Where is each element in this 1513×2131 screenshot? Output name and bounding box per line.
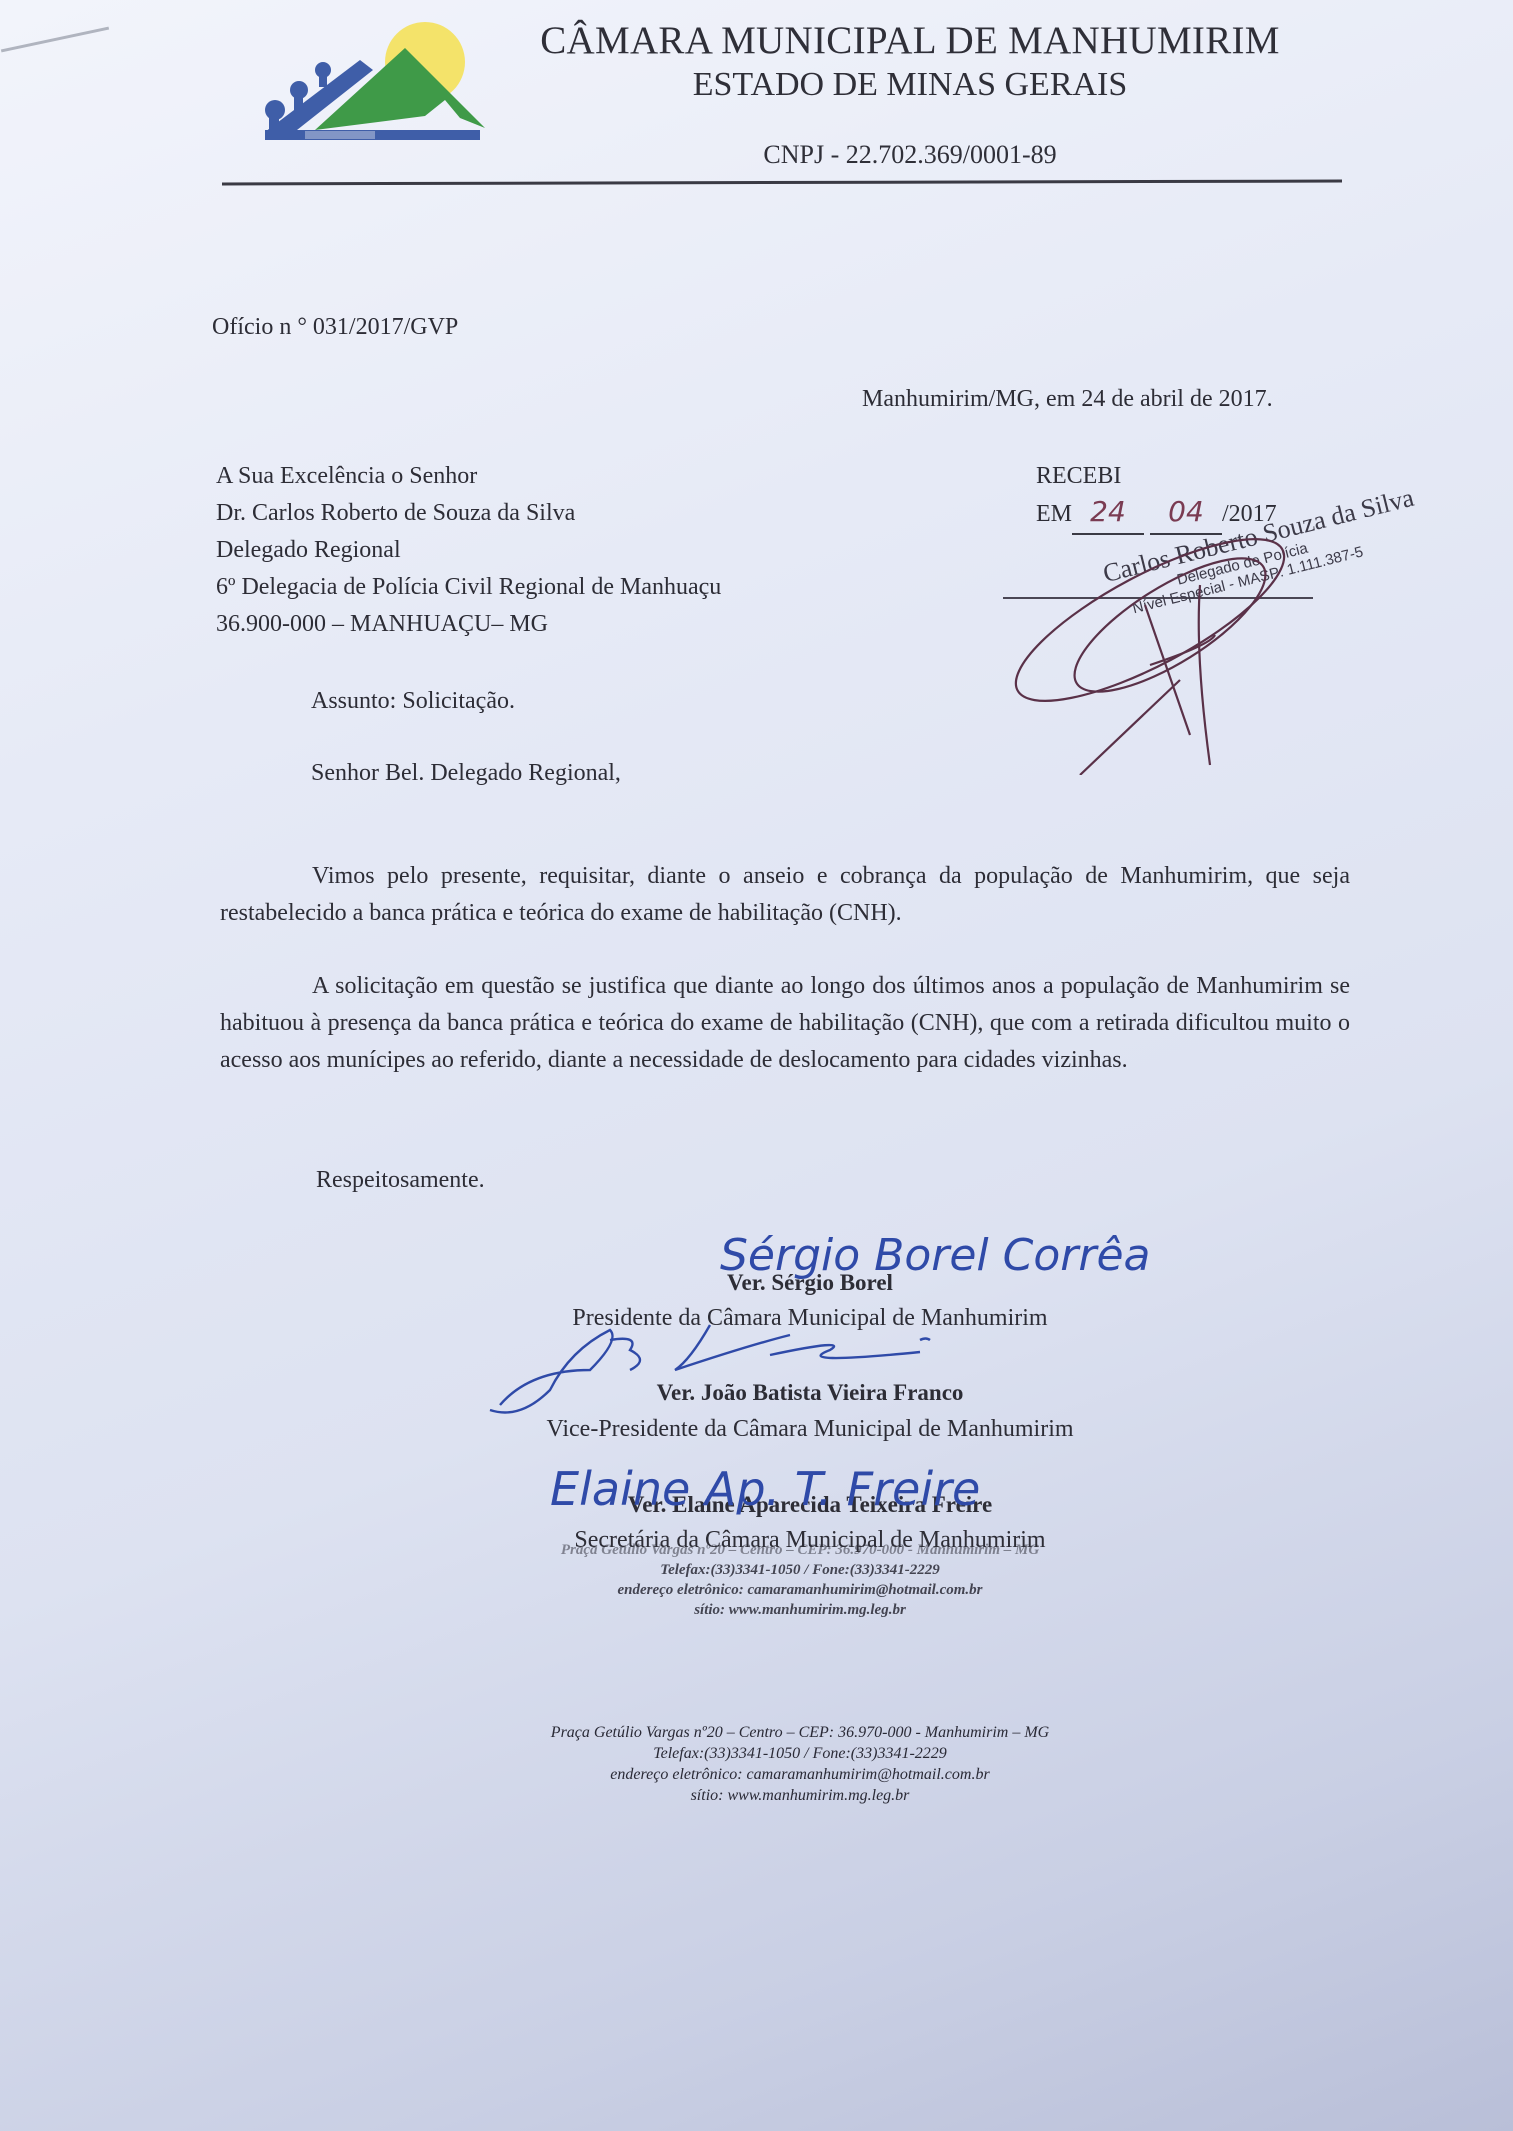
page-footer: Praça Getúlio Vargas nº20 – Centro – CEP… xyxy=(440,1722,1160,1806)
footer-site: sítio: www.manhumirim.mg.leg.br xyxy=(440,1785,1160,1806)
salutation: Senhor Bel. Delegado Regional, xyxy=(311,755,621,792)
footer-site: sítio: www.manhumirim.mg.leg.br xyxy=(440,1600,1160,1620)
body-paragraph-1: Vimos pelo presente, requisitar, diante … xyxy=(220,858,1350,932)
receipt-em: EM xyxy=(1036,501,1072,527)
footer-phones: Telefax:(33)3341-1050 / Fone:(33)3341-22… xyxy=(440,1560,1160,1580)
receipt-signature-icon xyxy=(1000,535,1380,775)
receipt-day: 24 xyxy=(1090,495,1126,528)
subject-line: Assunto: Solicitação. xyxy=(311,683,515,720)
signatory-name-president: Ver. Sérgio Borel xyxy=(400,1270,1220,1296)
footer-overprint: Praça Getúlio Vargas nº20 – Centro – CEP… xyxy=(440,1540,1160,1620)
recipient-line: A Sua Excelência o Senhor xyxy=(216,458,721,495)
paper-mark xyxy=(1,27,109,53)
signatory-name-secretary: Ver. Elaine Aparecida Teixeira Freire xyxy=(400,1492,1220,1518)
footer-email: endereço eletrônico: camaramanhumirim@ho… xyxy=(440,1580,1160,1600)
recipient-line: Delegado Regional xyxy=(216,532,721,569)
footer-address: Praça Getúlio Vargas nº20 – Centro – CEP… xyxy=(440,1540,1160,1560)
state-name: ESTADO DE MINAS GERAIS xyxy=(500,66,1320,104)
header-divider xyxy=(222,180,1342,186)
institution-name: CÂMARA MUNICIPAL DE MANHUMIRIM xyxy=(500,18,1320,63)
cnpj: CNPJ - 22.702.369/0001-89 xyxy=(700,140,1120,170)
recipient-line: Dr. Carlos Roberto de Souza da Silva xyxy=(216,495,721,532)
place-date: Manhumirim/MG, em 24 de abril de 2017. xyxy=(862,381,1273,418)
document-reference: Ofício n ° 031/2017/GVP xyxy=(212,309,458,346)
signatory-name-vice-president: Ver. João Batista Vieira Franco xyxy=(400,1380,1220,1406)
recipient-block: A Sua Excelência o Senhor Dr. Carlos Rob… xyxy=(216,458,721,643)
recipient-line: 6º Delegacia de Polícia Civil Regional d… xyxy=(216,569,721,606)
recipient-line: 36.900-000 – MANHUAÇU– MG xyxy=(216,606,721,643)
footer-email: endereço eletrônico: camaramanhumirim@ho… xyxy=(440,1764,1160,1785)
footer-phones: Telefax:(33)3341-1050 / Fone:(33)3341-22… xyxy=(440,1743,1160,1764)
receipt-month: 04 xyxy=(1168,495,1204,528)
footer-address: Praça Getúlio Vargas nº20 – Centro – CEP… xyxy=(440,1722,1160,1743)
receipt-label: RECEBI xyxy=(1036,458,1121,495)
chamber-logo-icon xyxy=(255,20,505,150)
closing: Respeitosamente. xyxy=(316,1162,485,1199)
body-paragraph-2: A solicitação em questão se justifica qu… xyxy=(220,968,1350,1079)
signatory-role-vice-president: Vice-Presidente da Câmara Municipal de M… xyxy=(400,1416,1220,1443)
signatory-role-president: Presidente da Câmara Municipal de Manhum… xyxy=(400,1305,1220,1332)
